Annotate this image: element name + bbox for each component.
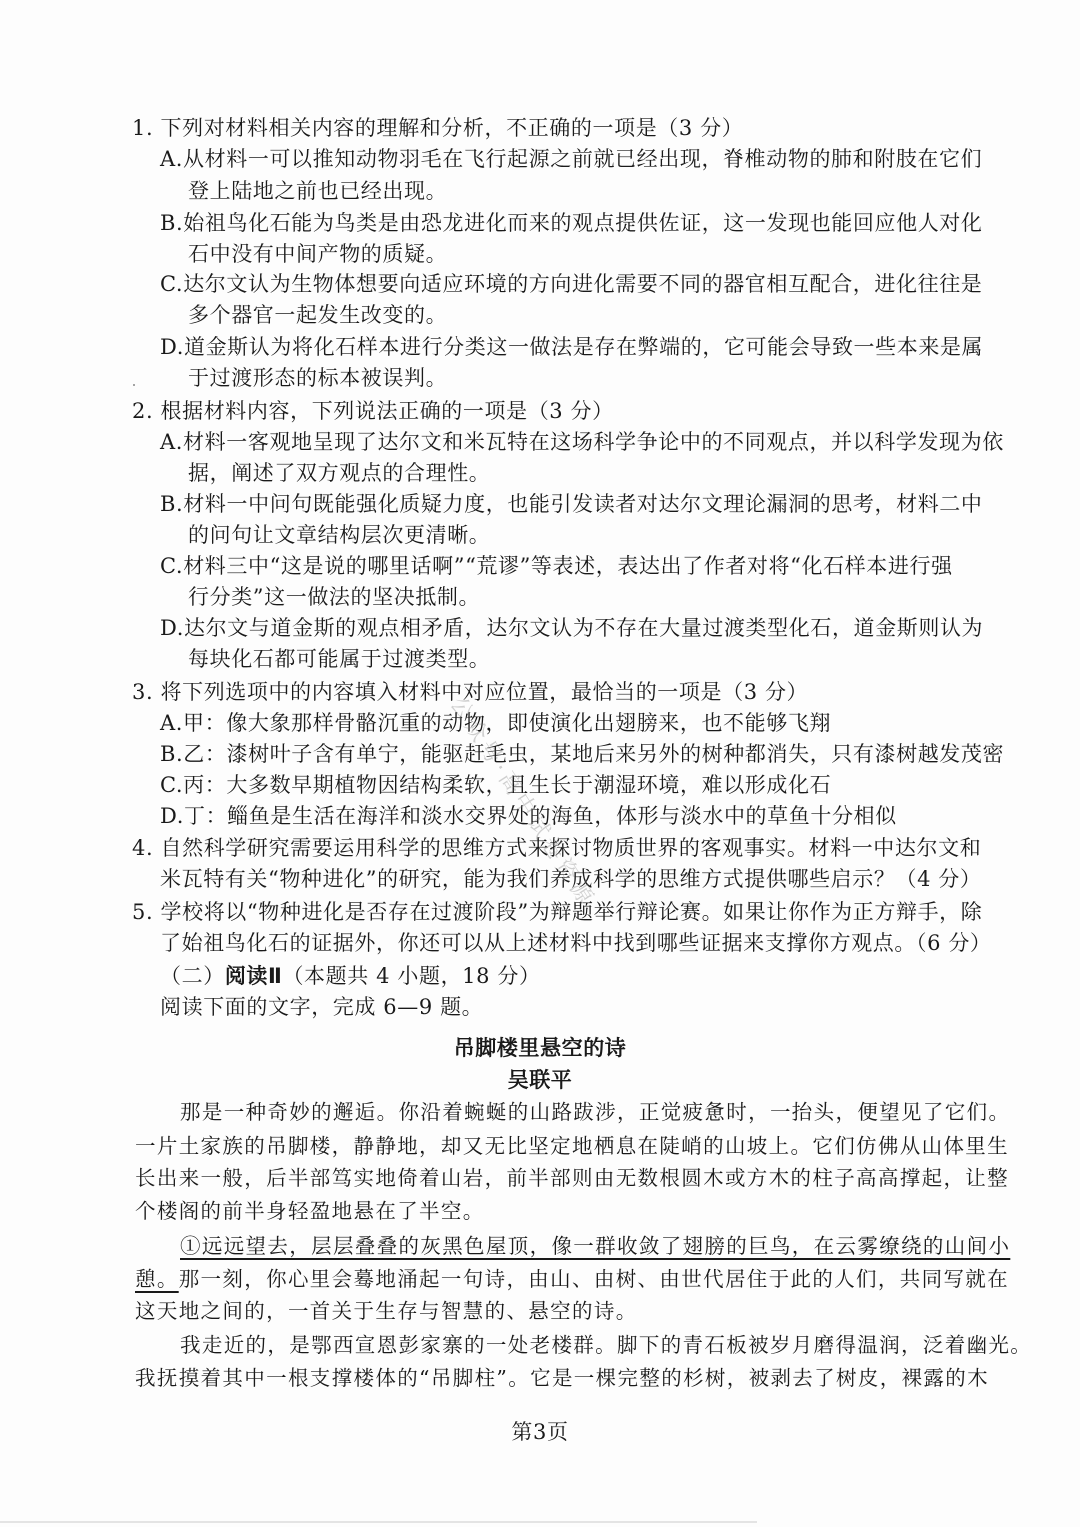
question-3-option-a: A.甲：像大象那样骨骼沉重的动物，即使演化出翅膀来，也不能够飞翔 [160, 709, 831, 737]
article-author: 吴联平 [0, 1066, 1080, 1094]
section-heading-suffix: （本题共 4 小题，18 分） [282, 964, 540, 988]
article-paragraph-1-line-4: 个楼阁的前半身轻盈地悬在了半空。 [135, 1197, 485, 1225]
question-1-option-c-cont: 多个器官一起发生改变的。 [188, 301, 447, 329]
article-title: 吊脚楼里悬空的诗 [0, 1034, 1080, 1062]
question-1-option-b-cont: 石中没有中间产物的质疑。 [188, 240, 447, 268]
section-instruction: 阅读下面的文字，完成 6—9 题。 [160, 993, 483, 1021]
question-1-option-d: D.道金斯认为将化石样本进行分类这一做法是存在弊端的，它可能会导致一些本来是属 [160, 333, 983, 361]
article-paragraph-1-line-1: 那是一种奇妙的邂逅。你沿着蜿蜒的山路跋涉，正觉疲惫时，一抬头，便望见了它们。 [180, 1098, 1010, 1126]
question-2-option-d: D.达尔文与道金斯的观点相矛盾，达尔文认为不存在大量过渡类型化石，道金斯则认为 [160, 614, 983, 642]
article-paragraph-3-line-1: 我走近的，是鄂西宣恩彭家寨的一处老楼群。脚下的青石板被岁月磨得温润，泛着幽光。 [180, 1331, 1032, 1359]
section-heading: （二）阅读Ⅱ（本题共 4 小题，18 分） [160, 962, 541, 990]
article-paragraph-2-line-2: 憩。那一刻，你心里会蓦地涌起一句诗，由山、由树、由世代居住于此的人们，共同写就在 [135, 1265, 1009, 1293]
question-2-option-c: C.材料三中“这是说的哪里话啊”“荒谬”等表述，表达出了作者对将“化石样本进行强 [160, 552, 953, 580]
question-1-option-d-cont: 于过渡形态的标本被误判。 [188, 364, 447, 392]
scan-edge-divider [0, 1521, 757, 1523]
section-heading-title: 阅读Ⅱ [225, 964, 283, 988]
article-paragraph-1-line-3: 长出来一般，后半部笃实地倚着山岩，前半部则由无数根圆木或方木的柱子高高撑起，让整 [135, 1164, 1009, 1192]
question-2-option-a: A.材料一客观地呈现了达尔文和米瓦特在这场科学争论中的不同观点，并以科学发现为依 [160, 428, 1004, 456]
question-3-option-d: D.丁：鲻鱼是生活在海洋和淡水交界处的海鱼，体形与淡水中的草鱼十分相似 [160, 802, 897, 830]
article-paragraph-3-line-2: 我抚摸着其中一根支撑楼体的“吊脚柱”。它是一棵完整的杉树，被剥去了树皮，裸露的木 [135, 1364, 989, 1392]
section-heading-prefix: （二） [160, 964, 225, 988]
article-paragraph-2-rest: 那一刻，你心里会蓦地涌起一句诗，由山、由树、由世代居住于此的人们，共同写就在 [179, 1267, 1009, 1291]
question-1-option-a-cont: 登上陆地之前也已经出现。 [188, 177, 447, 205]
question-2-option-b-cont: 的问句让文章结构层次更清晰。 [188, 521, 490, 549]
question-1-stem: 1. 下列对材料相关内容的理解和分析，不正确的一项是（3 分） [132, 114, 743, 142]
article-underlined-sentence-1-end: 憩。 [135, 1267, 179, 1291]
question-3-option-b: B.乙：漆树叶子含有单宁，能驱赶毛虫，某地后来另外的树种都消失，只有漆树越发茂密 [160, 740, 1004, 768]
question-2-stem: 2. 根据材料内容，下列说法正确的一项是（3 分） [132, 397, 614, 425]
question-2-option-d-cont: 每块化石都可能属于过渡类型。 [188, 645, 490, 673]
question-5-stem-cont: 了始祖鸟化石的证据外，你还可以从上述材料中找到哪些证据来支撑你方观点。（6 分） [160, 929, 992, 957]
article-underlined-sentence-1: ①远远望去，层层叠叠的灰黑色屋顶，像一群收敛了翅膀的巨鸟，在云雾缭绕的山间小 [180, 1232, 1010, 1260]
question-3-stem: 3. 将下列选项中的内容填入材料中对应位置，最恰当的一项是（3 分） [132, 678, 808, 706]
question-2-option-c-cont: 行分类”这一做法的坚决抵制。 [188, 583, 480, 611]
exam-page: 1. 下列对材料相关内容的理解和分析，不正确的一项是（3 分） A.从材料一可以… [0, 0, 1080, 1527]
question-2-option-b: B.材料一中问句既能强化质疑力度，也能引发读者对达尔文理论漏洞的思考，材料二中 [160, 490, 983, 518]
question-1-option-b: B.始祖鸟化石能为鸟类是由恐龙进化而来的观点提供佐证，这一发现也能回应他人对化 [160, 209, 983, 237]
article-paragraph-1-line-2: 一片土家族的吊脚楼，静静地，却又无比坚定地栖息在陡峭的山坡上。它们仿佛从山体里生 [135, 1132, 1009, 1160]
question-3-option-c: C.丙：大多数早期植物因结构柔软，且生长于潮湿环境，难以形成化石 [160, 771, 831, 799]
question-4-stem-cont: 米瓦特有关“物种进化”的研究，能为我们养成科学的思维方式提供哪些启示？（4 分） [160, 865, 982, 893]
question-1-option-a: A.从材料一可以推知动物羽毛在飞行起源之前就已经出现，脊椎动物的肺和附肢在它们 [160, 145, 982, 173]
question-2-option-a-cont: 据，阐述了双方观点的合理性。 [188, 459, 490, 487]
question-1-option-c: C.达尔文认为生物体想要向适应环境的方向进化需要不同的器官相互配合，进化往往是 [160, 270, 982, 298]
question-4-stem: 4. 自然科学研究需要运用科学的思维方式来探讨物质世界的客观事实。材料一中达尔文… [132, 834, 981, 862]
scan-speck [133, 384, 135, 386]
page-number: 第3页 [0, 1418, 1080, 1446]
article-paragraph-2-line-3: 这天地之间的，一首关于生存与智慧的、悬空的诗。 [135, 1297, 638, 1325]
question-5-stem: 5. 学校将以“物种进化是否存在过渡阶段”为辩题举行辩论赛。如果让你作为正方辩手… [132, 898, 982, 926]
